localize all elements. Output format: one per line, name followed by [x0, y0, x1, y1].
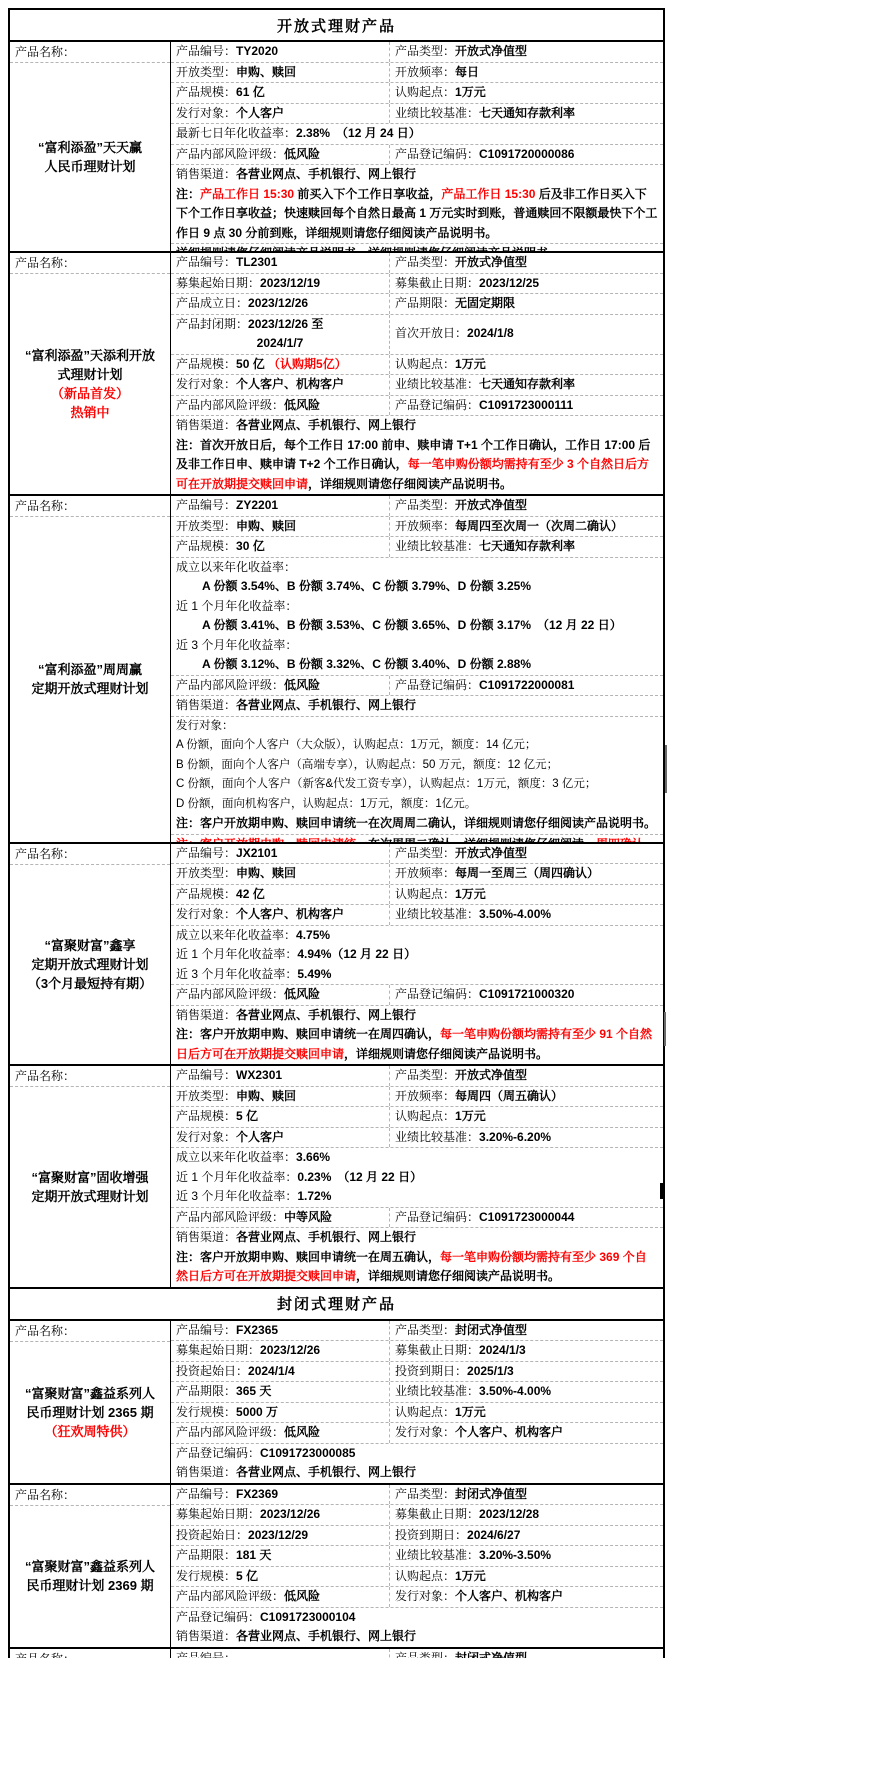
text-segment: 七天通知存款利率	[479, 539, 575, 553]
product-name: “富聚财富”鑫益系列人民币理财计划 2365 期（狂欢周特供）	[10, 1342, 170, 1483]
text-segment: C1091723000085	[260, 1446, 355, 1460]
text-segment: 产品期限：	[395, 296, 455, 310]
field-line: 产品类型：封闭式净值型	[395, 1485, 658, 1505]
field-cell-right: 业绩比较基准：3.20%-6.20%	[390, 1128, 663, 1148]
product-block: 产品名称：“富利添盈”天添利开放式理财计划（新品首发）热销中产品编号：TL230…	[10, 253, 663, 496]
field-line: 近 3 个月年化收益率：	[176, 636, 658, 656]
field-line: 募集起始日期：2023/12/26	[176, 1505, 384, 1525]
field-line: 发行对象：个人客户、机构客户	[176, 905, 384, 925]
field-line: 最新七日年化收益率：2.38% （12 月 24 日）	[176, 124, 658, 144]
field-cell-left: 发行规模：5 亿	[171, 1567, 390, 1587]
field-line: 产品规模：61 亿	[176, 83, 384, 103]
product-name-label: 产品名称：	[10, 496, 170, 517]
field-cell-right: 业绩比较基准：3.20%-3.50%	[390, 1546, 663, 1566]
text-segment: 产品类型：	[395, 44, 455, 58]
field-line: A 份额 3.41%、B 份额 3.53%、C 份额 3.65%、D 份额 3.…	[176, 616, 658, 636]
text-segment: 产品内部风险评级：	[176, 1210, 284, 1224]
text-segment: 2024/1/8	[467, 326, 514, 340]
product-name-line: 民币理财计划 2365 期	[26, 1403, 153, 1422]
field-line: 开放频率：每周四（周五确认）	[395, 1087, 658, 1107]
text-segment: 365 天	[236, 1384, 271, 1398]
text-segment: 发行规模：	[176, 1569, 236, 1583]
field-line: 开放频率：每日	[395, 63, 658, 83]
field-cell-full: 成立以来年化收益率：A 份额 3.54%、B 份额 3.74%、C 份额 3.7…	[171, 558, 663, 675]
text-segment: 业绩比较基准：	[395, 1548, 479, 1562]
product-name-line: “富利添盈”天天赢	[38, 138, 142, 157]
product-name: “富利添盈”天添利开放式理财计划（新品首发）热销中	[10, 274, 170, 494]
field-line: 产品编号：TY2020	[176, 42, 384, 62]
field-line: 发行对象：	[176, 717, 658, 737]
text-segment: 投资起始日：	[176, 1528, 248, 1542]
field-row: 产品规模：61 亿认购起点：1万元	[171, 83, 663, 104]
field-row: 产品内部风险评级：低风险发行对象：个人客户、机构客户	[171, 1587, 663, 1608]
field-cell-left: 产品规模：30 亿	[171, 537, 390, 557]
text-segment: 产品类型：	[395, 1651, 455, 1658]
field-line: 开放频率：每周四至次周一（次周二确认）	[395, 517, 658, 537]
field-line: 2024/1/7	[176, 334, 384, 354]
field-line: 近 3 个月年化收益率：1.72%	[176, 1187, 658, 1207]
text-segment: 产品规模：	[176, 887, 236, 901]
text-segment: 认购起点：	[395, 1109, 455, 1123]
text-segment: 近 1 个月年化收益率：	[176, 599, 297, 613]
field-line: 开放类型：申购、赎回	[176, 63, 384, 83]
text-segment: 开放频率：	[395, 65, 455, 79]
field-cell-right: 产品类型：封闭式净值型	[390, 1485, 663, 1505]
field-line: 产品类型：开放式净值型	[395, 253, 658, 273]
text-segment: 注：	[176, 187, 200, 201]
text-segment: 认购起点：	[395, 887, 455, 901]
text-segment: 封闭式净值型	[455, 1323, 527, 1337]
product-name-line: “富聚财富”固收增强	[31, 1168, 148, 1187]
text-segment: 产品登记编码：	[176, 1446, 260, 1460]
product-fields-column: 产品编号：ZY2201产品类型：开放式净值型开放类型：申购、赎回开放频率：每周四…	[171, 496, 663, 842]
scrollbar-artifact	[665, 745, 667, 793]
field-cell-right: 产品登记编码：C1091723000044	[390, 1208, 663, 1228]
product-name-line: （3个月最短持有期）	[28, 974, 152, 993]
field-line: C 份额，面向个人客户（新客&代发工资专享），认购起点：1万元，额度：3 亿元；	[176, 775, 658, 795]
field-row: 产品规模：30 亿业绩比较基准：七天通知存款利率	[171, 537, 663, 558]
product-block: 产品名称：“富利添盈”周周赢定期开放式理财计划产品编号：ZY2201产品类型：开…	[10, 496, 663, 844]
text-segment: 各营业网点、手机银行、网上银行	[236, 1008, 416, 1022]
field-line: 近 1 个月年化收益率：4.94%（12 月 22 日）	[176, 945, 658, 965]
field-cell-right: 首次开放日：2024/1/8	[390, 315, 663, 354]
text-segment: 低风险	[284, 1425, 320, 1439]
field-cell-left: 产品规模：61 亿	[171, 83, 390, 103]
clipped-text-row: 详细规则请您仔细阅读产品说明书。详细规则请您仔细阅读产品说明书。	[171, 244, 663, 251]
clipped-product-row: 产品名称：产品编号：产品类型：封闭式净值型	[10, 1649, 663, 1658]
field-cell-left: 产品内部风险评级：低风险	[171, 676, 390, 696]
field-cell-full: 成立以来年化收益率：4.75%近 1 个月年化收益率：4.94%（12 月 22…	[171, 926, 663, 985]
field-line: 产品登记编码：C1091723000085	[176, 1444, 658, 1464]
field-cell-left: 发行对象：个人客户、机构客户	[171, 905, 390, 925]
text-segment: 产品内部风险评级：	[176, 398, 284, 412]
text-segment: 产品编号：	[176, 44, 236, 58]
field-cell-left: 发行对象：个人客户	[171, 1128, 390, 1148]
product-fields-column: 产品编号：FX2365产品类型：封闭式净值型募集起始日期：2023/12/26募…	[171, 1321, 663, 1483]
text-segment: FX2369	[236, 1487, 278, 1501]
field-line: 产品编号：	[176, 1649, 384, 1658]
field-cell-left: 开放类型：申购、赎回	[171, 1087, 390, 1107]
field-cell-full: 销售渠道：各营业网点、手机银行、网上银行注：产品工作日 15:30 前买入下个工…	[171, 165, 663, 243]
product-name-label: 产品名称：	[10, 1321, 170, 1342]
text-segment: 申购、赎回	[236, 65, 296, 79]
field-row: 销售渠道：各营业网点、手机银行、网上银行注：客户开放期申购、赎回申请统一在周五确…	[171, 1228, 663, 1287]
text-segment: 2023/12/26	[260, 1507, 320, 1521]
product-name-highlight: 热销中	[70, 403, 109, 422]
field-row: 产品编号：ZY2201产品类型：开放式净值型	[171, 496, 663, 517]
product-name-line: “富聚财富”鑫益系列人	[25, 1557, 155, 1576]
text-segment: 2023/12/26	[248, 296, 308, 310]
field-line: 近 1 个月年化收益率：	[176, 597, 658, 617]
field-row: 销售渠道：各营业网点、手机银行、网上银行注：首次开放日后，每个工作日 17:00…	[171, 416, 663, 494]
field-line: 产品内部风险评级：低风险	[176, 396, 384, 416]
field-cell-right: 产品类型：开放式净值型	[390, 1066, 663, 1086]
field-row: 开放类型：申购、赎回开放频率：每周四至次周一（次周二确认）	[171, 517, 663, 538]
field-line: 注：客户开放期申购、赎回申请统一在周四确认，每一笔申购份额均需持有至少 91 个…	[176, 1025, 658, 1064]
text-segment: 2023/12/28	[479, 1507, 539, 1521]
field-row: 发行对象：个人客户、机构客户业绩比较基准：3.50%-4.00%	[171, 905, 663, 926]
field-cell-full: 最新七日年化收益率：2.38% （12 月 24 日）	[171, 124, 663, 144]
field-line: 注：首次开放日后，每个工作日 17:00 前申、赎申请 T+1 个工作日确认，工…	[176, 436, 658, 495]
text-segment: 成立以来年化收益率：	[176, 1150, 296, 1164]
text-segment: 发行对象：	[176, 720, 234, 732]
field-line: 产品编号：JX2101	[176, 844, 384, 864]
field-cell-full: 发行对象：A 份额，面向个人客户（大众版），认购起点：1万元，额度：14 亿元；…	[171, 717, 663, 834]
section-title: 封闭式理财产品	[10, 1289, 663, 1321]
text-segment: 产品编号：	[176, 846, 236, 860]
warning-text-segment: 注：客户开放期申购、赎回申请统一	[176, 837, 368, 842]
text-segment: 产品登记编码：	[395, 1210, 479, 1224]
field-row: 发行对象：个人客户业绩比较基准：3.20%-6.20%	[171, 1128, 663, 1149]
field-cell-left: 产品编号：WX2301	[171, 1066, 390, 1086]
text-segment: 封闭式净值型	[455, 1651, 527, 1658]
field-line: 成立以来年化收益率：	[176, 558, 658, 578]
text-segment: 认购起点：	[395, 1405, 455, 1419]
text-segment: 每周四至次周一（次周二确认）	[455, 519, 623, 533]
text-segment: 投资起始日：	[176, 1364, 248, 1378]
field-cell-right: 认购起点：1万元	[390, 355, 663, 375]
text-segment: 1万元	[455, 1569, 486, 1583]
field-cell-right: 认购起点：1万元	[390, 83, 663, 103]
field-cell-right: 认购起点：1万元	[390, 1567, 663, 1587]
field-row: 募集起始日期：2023/12/26募集截止日期：2024/1/3	[171, 1341, 663, 1362]
field-cell-right: 认购起点：1万元	[390, 1107, 663, 1127]
field-line: 业绩比较基准：七天通知存款利率	[395, 375, 658, 395]
field-cell-full: 销售渠道：各营业网点、手机银行、网上银行注：客户开放期申购、赎回申请统一在周五确…	[171, 1228, 663, 1287]
field-cell-right: 产品登记编码：C1091722000081	[390, 676, 663, 696]
field-line: 产品内部风险评级：低风险	[176, 1587, 384, 1607]
text-segment: 3.20%-6.20%	[479, 1130, 551, 1144]
text-segment: 募集起始日期：	[176, 1343, 260, 1357]
field-cell-left: 产品编号：ZY2201	[171, 496, 390, 516]
text-segment: 2023/12/25	[479, 276, 539, 290]
product-name-label: 产品名称：	[10, 42, 170, 63]
field-row: 产品内部风险评级：低风险产品登记编码：C1091722000081	[171, 676, 663, 697]
field-line: 成立以来年化收益率：3.66%	[176, 1148, 658, 1168]
text-segment: 产品内部风险评级：	[176, 1589, 284, 1603]
field-row: 发行规模：5000 万认购起点：1万元	[171, 1403, 663, 1424]
text-segment: 募集截止日期：	[395, 1343, 479, 1357]
text-segment: 产品类型：	[395, 1323, 455, 1337]
field-line: 注：客户开放期申购、赎回申请统一在周五确认，每一笔申购份额均需持有至少 369 …	[176, 1248, 658, 1287]
field-line: 业绩比较基准：3.20%-3.50%	[395, 1546, 658, 1566]
field-cell-left: 产品内部风险评级：低风险	[171, 1423, 390, 1443]
field-row: 成立以来年化收益率：4.75%近 1 个月年化收益率：4.94%（12 月 22…	[171, 926, 663, 986]
text-segment: 产品编号：	[176, 1323, 236, 1337]
field-line: 产品内部风险评级：低风险	[176, 145, 384, 165]
field-row: 产品编号：TL2301产品类型：开放式净值型	[171, 253, 663, 274]
text-segment: 产品编号：	[176, 1651, 236, 1658]
product-name-line: 式理财计划	[57, 365, 122, 384]
product-name: “富利添盈”周周赢定期开放式理财计划	[10, 517, 170, 842]
field-line: 产品登记编码：C1091723000044	[395, 1208, 658, 1228]
text-segment: 产品登记编码：	[176, 1610, 260, 1624]
text-segment: 产品编号：	[176, 1068, 236, 1082]
field-cell-right: 开放频率：每日	[390, 63, 663, 83]
field-row: 开放类型：申购、赎回开放频率：每周一至周三（周四确认）	[171, 864, 663, 885]
field-row: 募集起始日期：2023/12/26募集截止日期：2023/12/28	[171, 1505, 663, 1526]
field-cell-left: 产品封闭期：2023/12/26 至2024/1/7	[171, 315, 390, 354]
text-segment: 业绩比较基准：	[395, 539, 479, 553]
text-segment: 低风险	[284, 678, 320, 692]
text-segment: 4.94%（12 月 22 日）	[297, 947, 416, 961]
field-line: 产品类型：开放式净值型	[395, 496, 658, 516]
field-cell-left: 产品规模：42 亿	[171, 885, 390, 905]
text-segment: 申购、赎回	[236, 1089, 296, 1103]
text-segment: 低风险	[284, 147, 320, 161]
product-name: “富聚财富”固收增强定期开放式理财计划	[10, 1087, 170, 1287]
field-cell-left: 开放类型：申购、赎回	[171, 864, 390, 884]
field-line: 业绩比较基准：七天通知存款利率	[395, 104, 658, 124]
text-segment: 申购、赎回	[236, 866, 296, 880]
field-line: 发行对象：个人客户、机构客户	[395, 1587, 658, 1607]
text-segment: 50 亿	[236, 357, 268, 371]
product-name-label: 产品名称：	[10, 1649, 170, 1658]
text-segment: 近 3 个月年化收益率：	[176, 1189, 297, 1203]
field-cell-left: 产品规模：50 亿 （认购期5亿）	[171, 355, 390, 375]
text-segment: 5000 万	[236, 1405, 278, 1419]
text-segment: 1万元	[455, 1109, 486, 1123]
field-line: 产品类型：开放式净值型	[395, 42, 658, 62]
field-row: 产品内部风险评级：低风险产品登记编码：C1091721000320	[171, 985, 663, 1006]
field-cell-left: 募集起始日期：2023/12/19	[171, 274, 390, 294]
field-row: 产品登记编码：C1091723000085销售渠道：各营业网点、手机银行、网上银…	[171, 1444, 663, 1483]
product-block: 产品名称：“富聚财富”鑫益系列人民币理财计划 2365 期（狂欢周特供）产品编号…	[10, 1321, 663, 1485]
field-line: 认购起点：1万元	[395, 1403, 658, 1423]
text-segment: 2023/12/29	[248, 1528, 308, 1542]
field-cell-full: 销售渠道：各营业网点、手机银行、网上银行	[171, 696, 663, 716]
text-segment: 2024/1/3	[479, 1343, 526, 1357]
text-segment: 开放式净值型	[455, 255, 527, 269]
field-line: 成立以来年化收益率：4.75%	[176, 926, 658, 946]
field-line: 发行规模：5000 万	[176, 1403, 384, 1423]
field-cell-right: 开放频率：每周四至次周一（次周二确认）	[390, 517, 663, 537]
field-row: 产品内部风险评级：低风险产品登记编码：C1091723000111	[171, 396, 663, 417]
field-cell-full: 销售渠道：各营业网点、手机银行、网上银行注：客户开放期申购、赎回申请统一在周四确…	[171, 1006, 663, 1065]
text-segment: 个人客户、机构客户	[455, 1589, 563, 1603]
text-segment: 1万元	[455, 1405, 486, 1419]
product-fields-column: 产品编号：TL2301产品类型：开放式净值型募集起始日期：2023/12/19募…	[171, 253, 663, 494]
field-cell-left: 开放类型：申购、赎回	[171, 517, 390, 537]
text-segment: 低风险	[284, 987, 320, 1001]
field-row: 销售渠道：各营业网点、手机银行、网上银行	[171, 696, 663, 717]
text-segment: 发行对象：	[176, 907, 236, 921]
text-segment: 认购起点：	[395, 1569, 455, 1583]
text-segment: 1.72%	[297, 1189, 331, 1203]
text-segment: 销售渠道：	[176, 418, 236, 432]
text-segment: 5 亿	[236, 1569, 258, 1583]
product-name-column: 产品名称：“富利添盈”天添利开放式理财计划（新品首发）热销中	[10, 253, 171, 494]
text-segment: 产品类型：	[395, 255, 455, 269]
text-segment: 产品登记编码：	[395, 147, 479, 161]
text-segment: 低风险	[284, 398, 320, 412]
text-segment: 封闭式净值型	[455, 1487, 527, 1501]
field-line: A 份额 3.54%、B 份额 3.74%、C 份额 3.79%、D 份额 3.…	[176, 577, 658, 597]
field-cell-right: 产品类型：开放式净值型	[390, 253, 663, 273]
text-segment: 最新七日年化收益率：	[176, 126, 296, 140]
field-cell-right: 投资到期日：2024/6/27	[390, 1526, 663, 1546]
text-segment: 注：客户开放期申购、赎回申请统一在次周周二确认，详细规则请您仔细阅读产品说明书。	[176, 816, 656, 830]
field-cell-right: 产品登记编码：C1091721000320	[390, 985, 663, 1005]
text-segment: ，详细规则请您仔细阅读产品说明书。	[308, 477, 512, 491]
text-segment: 开放类型：	[176, 1089, 236, 1103]
text-segment: 个人客户、机构客户	[236, 377, 344, 391]
field-line: 发行规模：5 亿	[176, 1567, 384, 1587]
text-segment: 各营业网点、手机银行、网上银行	[236, 698, 416, 712]
field-line: 产品期限：无固定期限	[395, 294, 658, 314]
field-cell-right: 产品登记编码：C1091720000086	[390, 145, 663, 165]
field-cell-right: 开放频率：每周四（周五确认）	[390, 1087, 663, 1107]
product-name-label: 产品名称：	[10, 1485, 170, 1506]
field-cell-right: 业绩比较基准：七天通知存款利率	[390, 537, 663, 557]
field-line: 发行对象：个人客户	[176, 104, 384, 124]
text-segment: 开放式净值型	[455, 44, 527, 58]
field-cell-left: 产品期限：365 天	[171, 1382, 390, 1402]
text-segment: 2023/12/26	[260, 1343, 320, 1357]
field-line: 认购起点：1万元	[395, 885, 658, 905]
product-name-highlight: （新品首发）	[51, 384, 129, 403]
field-cell-left: 产品规模：5 亿	[171, 1107, 390, 1127]
product-block: 产品名称：“富聚财富”固收增强定期开放式理财计划产品编号：WX2301产品类型：…	[10, 1066, 663, 1289]
field-line: 产品编号：FX2365	[176, 1321, 384, 1341]
text-segment: 申购、赎回	[236, 519, 296, 533]
product-name-label: 产品名称：	[10, 844, 170, 865]
field-cell-left: 产品期限：181 天	[171, 1546, 390, 1566]
field-line: 产品编号：WX2301	[176, 1066, 384, 1086]
text-segment: 前买入下个工作日享收益，	[294, 187, 441, 201]
field-line: 投资到期日：2024/6/27	[395, 1526, 658, 1546]
field-line: 产品编号：ZY2201	[176, 496, 384, 516]
product-block: 产品名称：“富聚财富”鑫益系列人民币理财计划 2369 期产品编号：FX2369…	[10, 1485, 663, 1649]
field-line: 详细规则请您仔细阅读产品说明书。详细规则请您仔细阅读产品说明书。	[176, 244, 658, 251]
field-row: 销售渠道：各营业网点、手机银行、网上银行注：客户开放期申购、赎回申请统一在周四确…	[171, 1006, 663, 1065]
text-segment: 2023/12/26 至	[248, 317, 323, 331]
field-row: 成立以来年化收益率：3.66%近 1 个月年化收益率：0.23% （12 月 2…	[171, 1148, 663, 1208]
text-segment: C1091722000081	[479, 678, 574, 692]
text-segment: 产品编号：	[176, 1487, 236, 1501]
text-segment: 个人客户、机构客户	[455, 1425, 563, 1439]
text-segment: 投资到期日：	[395, 1528, 467, 1542]
field-line: 开放类型：申购、赎回	[176, 1087, 384, 1107]
field-cell-left: 产品内部风险评级：中等风险	[171, 1208, 390, 1228]
field-row: 产品期限：181 天业绩比较基准：3.20%-3.50%	[171, 1546, 663, 1567]
text-segment: 各营业网点、手机银行、网上银行	[236, 1629, 416, 1643]
field-line: 销售渠道：各营业网点、手机银行、网上银行	[176, 1627, 658, 1647]
field-row: 产品编号：WX2301产品类型：开放式净值型	[171, 1066, 663, 1087]
text-segment: 发行规模：	[176, 1405, 236, 1419]
product-fields-column: 产品编号：FX2369产品类型：封闭式净值型募集起始日期：2023/12/26募…	[171, 1485, 663, 1647]
field-row: 投资起始日：2024/1/4投资到期日：2025/1/3	[171, 1362, 663, 1383]
text-segment: 3.50%-4.00%	[479, 1384, 551, 1398]
field-row: 成立以来年化收益率：A 份额 3.54%、B 份额 3.74%、C 份额 3.7…	[171, 558, 663, 676]
text-segment: 3.20%-3.50%	[479, 1548, 551, 1562]
field-line: 投资起始日：2023/12/29	[176, 1526, 384, 1546]
text-segment: 产品规模：	[176, 539, 236, 553]
text-segment: A 份额 3.54%、B 份额 3.74%、C 份额 3.79%、D 份额 3.…	[202, 579, 531, 593]
field-line: 认购起点：1万元	[395, 355, 658, 375]
field-line: 发行对象：个人客户、机构客户	[395, 1423, 658, 1443]
text-segment: 开放类型：	[176, 519, 236, 533]
field-line: A 份额，面向个人客户（大众版），认购起点：1万元，额度：14 亿元；	[176, 736, 658, 756]
warning-text-segment: ，周四确认	[584, 837, 644, 842]
text-segment: 开放频率：	[395, 866, 455, 880]
text-segment: 七天通知存款利率	[479, 106, 575, 120]
clipped-text-row: 注：客户开放期申购、赎回申请统一在次周周二确认，详细规则请您仔细阅读，周四确认	[171, 835, 663, 842]
text-segment: 产品内部风险评级：	[176, 147, 284, 161]
text-segment: 投资到期日：	[395, 1364, 467, 1378]
field-line: 产品规模：50 亿 （认购期5亿）	[176, 355, 384, 375]
product-name-line: 人民币理财计划	[44, 157, 135, 176]
text-segment: 2024/1/7	[257, 336, 304, 350]
text-segment: C1091720000086	[479, 147, 574, 161]
text-segment: 个人客户	[236, 1130, 284, 1144]
field-line: 产品内部风险评级：低风险	[176, 676, 384, 696]
text-segment: A 份额，面向个人客户（大众版），认购起点：1万元，额度：14 亿元；	[176, 739, 536, 751]
text-segment: 产品规模：	[176, 85, 236, 99]
field-cell-right: 开放频率：每周一至周三（周四确认）	[390, 864, 663, 884]
text-segment: 5.49%	[297, 967, 331, 981]
field-row: 开放类型：申购、赎回开放频率：每日	[171, 63, 663, 84]
text-segment: 开放式净值型	[455, 498, 527, 512]
field-cell-full: 产品登记编码：C1091723000085销售渠道：各营业网点、手机银行、网上银…	[171, 1444, 663, 1483]
text-segment: 各营业网点、手机银行、网上银行	[236, 1230, 416, 1244]
text-segment: 每周四（周五确认）	[455, 1089, 563, 1103]
field-cell-left: 产品内部风险评级：低风险	[171, 145, 390, 165]
field-cell-left: 投资起始日：2023/12/29	[171, 1526, 390, 1546]
text-segment: 产品期限：	[176, 1548, 236, 1562]
field-cell-left: 产品内部风险评级：低风险	[171, 1587, 390, 1607]
text-segment: 开放频率：	[395, 519, 455, 533]
text-segment: 个人客户	[236, 106, 284, 120]
text-segment: 认购起点：	[395, 85, 455, 99]
text-segment: 近 1 个月年化收益率：	[176, 947, 297, 961]
product-name-column: 产品名称：“富聚财富”鑫享定期开放式理财计划（3个月最短持有期）	[10, 844, 171, 1065]
field-line: 产品成立日：2023/12/26	[176, 294, 384, 314]
field-line: 销售渠道：各营业网点、手机银行、网上银行	[176, 696, 658, 716]
field-row: 产品期限：365 天业绩比较基准：3.50%-4.00%	[171, 1382, 663, 1403]
text-segment: 42 亿	[236, 887, 265, 901]
field-line: 产品登记编码：C1091723000104	[176, 1608, 658, 1628]
text-segment: 业绩比较基准：	[395, 1384, 479, 1398]
field-cell-left: 发行对象：个人客户、机构客户	[171, 375, 390, 395]
field-line: 产品规模：42 亿	[176, 885, 384, 905]
text-segment: 销售渠道：	[176, 1465, 236, 1479]
product-name-column: 产品名称：“富聚财富”鑫益系列人民币理财计划 2365 期（狂欢周特供）	[10, 1321, 171, 1483]
field-line: 投资到期日：2025/1/3	[395, 1362, 658, 1382]
field-line: 募集起始日期：2023/12/19	[176, 274, 384, 294]
text-segment: 产品类型：	[395, 1487, 455, 1501]
field-line: 募集截止日期：2024/1/3	[395, 1341, 658, 1361]
